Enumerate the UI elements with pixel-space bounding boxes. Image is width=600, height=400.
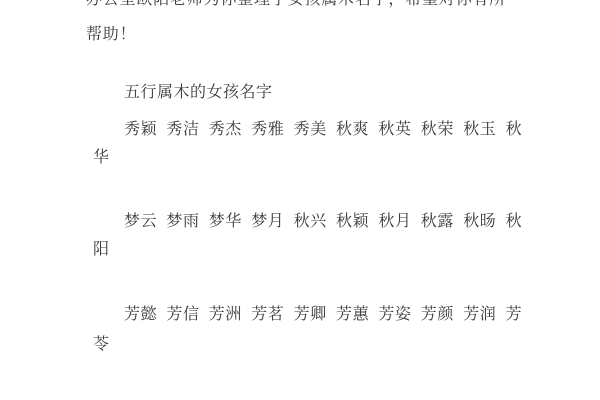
name-group-2-line-1: 梦云 梦雨 梦华 梦月 秋兴 秋颖 秋月 秋露 秋旸 秋 — [124, 213, 522, 231]
name-group-1-line-1: 秀颖 秀洁 秀杰 秀雅 秀美 秋爽 秋英 秋荣 秋玉 秋 — [124, 121, 522, 139]
intro-paragraph-line-2: 帮助！ — [86, 26, 136, 44]
section-heading: 五行属木的女孩名字 — [124, 84, 273, 102]
name-group-1-line-2: 华 — [93, 149, 109, 167]
name-group-2-line-2: 阳 — [93, 241, 109, 259]
name-group-3-line-2: 苓 — [93, 336, 109, 354]
name-group-3-line-1: 芳懿 芳信 芳洲 芳茗 芳卿 芳蕙 芳姿 芳颜 芳润 芳 — [124, 306, 522, 324]
intro-paragraph-line-1: 办公室欧阳老师为你整理了女孩属木名字，希望对你有所 — [86, 0, 506, 9]
document-page: 办公室欧阳老师为你整理了女孩属木名字，希望对你有所 帮助！ 五行属木的女孩名字 … — [0, 0, 600, 400]
